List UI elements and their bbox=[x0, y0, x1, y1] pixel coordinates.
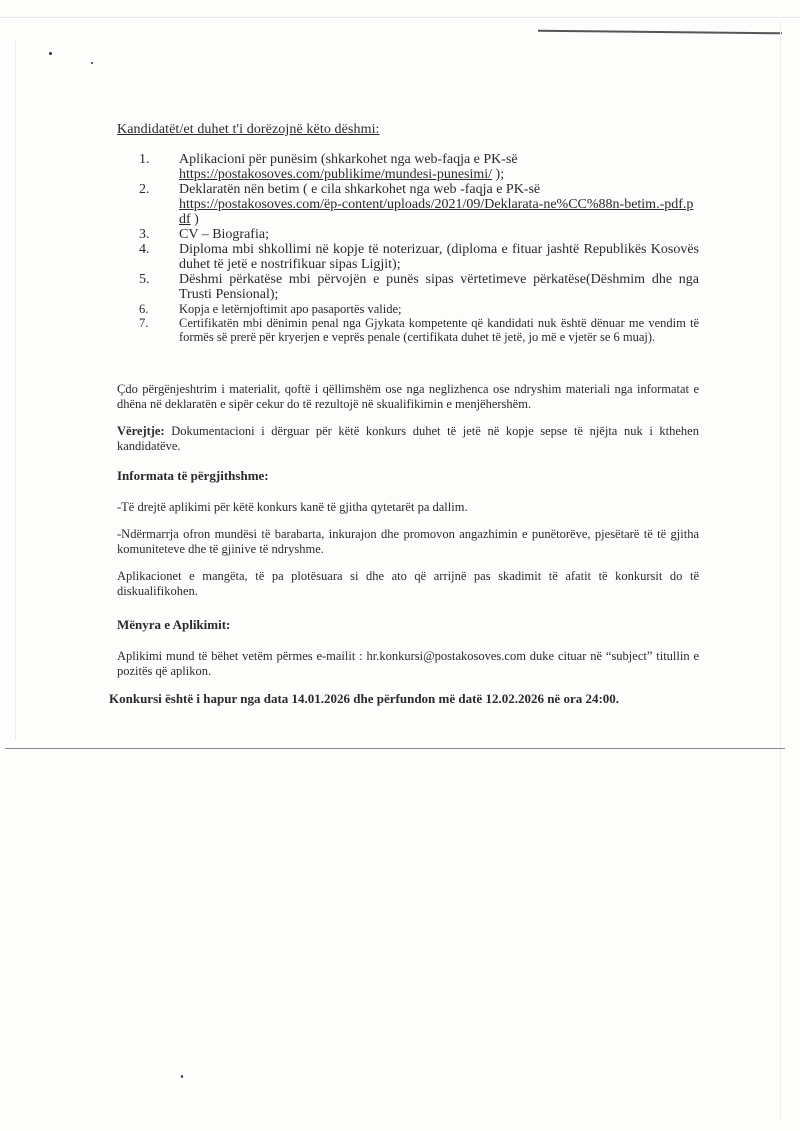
list-item: 2. Deklaratën nën betim ( e cila shkarko… bbox=[117, 182, 699, 227]
required-documents-list: 1. Aplikacioni për punësim (shkarkohet n… bbox=[117, 152, 699, 344]
misrepresentation-paragraph: Çdo përgënjeshtrim i materialit, qoftë i… bbox=[117, 382, 699, 412]
item-number: 5. bbox=[117, 272, 179, 302]
footer-rule bbox=[5, 748, 785, 749]
item-text: Deklaratën nën betim ( e cila shkarkohet… bbox=[179, 182, 699, 227]
item-number: 7. bbox=[117, 316, 179, 344]
item-text: Dëshmi përkatëse mbi përvojën e punës si… bbox=[179, 272, 699, 302]
item-text: Certifikatën mbi dënimin penal nga Gjyka… bbox=[179, 316, 699, 344]
declaration-link[interactable]: https://postakosoves.com/ëp-content/uplo… bbox=[179, 197, 693, 227]
general-info-paragraph: Aplikacionet e mangëta, të pa plotësuara… bbox=[117, 569, 699, 599]
note-paragraph: Vërejtje: Dokumentacioni i dërguar për k… bbox=[117, 424, 699, 454]
item-number: 2. bbox=[117, 182, 179, 227]
list-item: 4. Diploma mbi shkollimi në kopje të not… bbox=[117, 242, 699, 272]
list-item: 3. CV – Biografia; bbox=[117, 227, 699, 242]
deadline-statement: Konkursi është i hapur nga data 14.01.20… bbox=[109, 691, 699, 706]
scan-artifact-line bbox=[0, 17, 800, 18]
item-text: Aplikacioni për punësim (shkarkohet nga … bbox=[179, 152, 699, 182]
scan-speck bbox=[91, 62, 93, 64]
note-label: Vërejtje: bbox=[117, 424, 165, 438]
general-info-paragraph: -Të drejtë aplikimi për këtë konkurs kan… bbox=[117, 500, 699, 515]
scan-speck bbox=[49, 52, 52, 55]
item-number: 4. bbox=[117, 242, 179, 272]
general-info-heading: Informata të përgjithshme: bbox=[117, 468, 699, 484]
application-method-heading: Mënyra e Aplikimit: bbox=[117, 617, 699, 633]
item-text: Diploma mbi shkollimi në kopje të noteri… bbox=[179, 242, 699, 272]
header-rule bbox=[538, 30, 782, 35]
list-item: 5. Dëshmi përkatëse mbi përvojën e punës… bbox=[117, 272, 699, 302]
application-email[interactable]: hr.konkursi@postakosoves.com bbox=[367, 649, 526, 663]
item-text: Kopja e letërnjoftimit apo pasaportës va… bbox=[179, 302, 699, 316]
scan-speck bbox=[181, 1075, 183, 1078]
scan-edge-left bbox=[15, 40, 16, 740]
document-body: Kandidatët/et duhet t'i dorëzojnë këto d… bbox=[117, 122, 699, 706]
item-text: CV – Biografia; bbox=[179, 227, 699, 242]
general-info-paragraph: -Ndërmarrja ofron mundësi të barabarta, … bbox=[117, 527, 699, 557]
list-item: 1. Aplikacioni për punësim (shkarkohet n… bbox=[117, 152, 699, 182]
scan-edge-right bbox=[780, 20, 781, 1120]
list-item: 7. Certifikatën mbi dënimin penal nga Gj… bbox=[117, 316, 699, 344]
application-form-link[interactable]: https://postakosoves.com/publikime/munde… bbox=[179, 167, 492, 182]
item-number: 3. bbox=[117, 227, 179, 242]
item-number: 1. bbox=[117, 152, 179, 182]
application-method-paragraph: Aplikimi mund të bëhet vetëm përmes e-ma… bbox=[117, 649, 699, 679]
item-number: 6. bbox=[117, 302, 179, 316]
list-item: 6. Kopja e letërnjoftimit apo pasaportës… bbox=[117, 302, 699, 316]
required-documents-heading: Kandidatët/et duhet t'i dorëzojnë këto d… bbox=[117, 122, 699, 138]
